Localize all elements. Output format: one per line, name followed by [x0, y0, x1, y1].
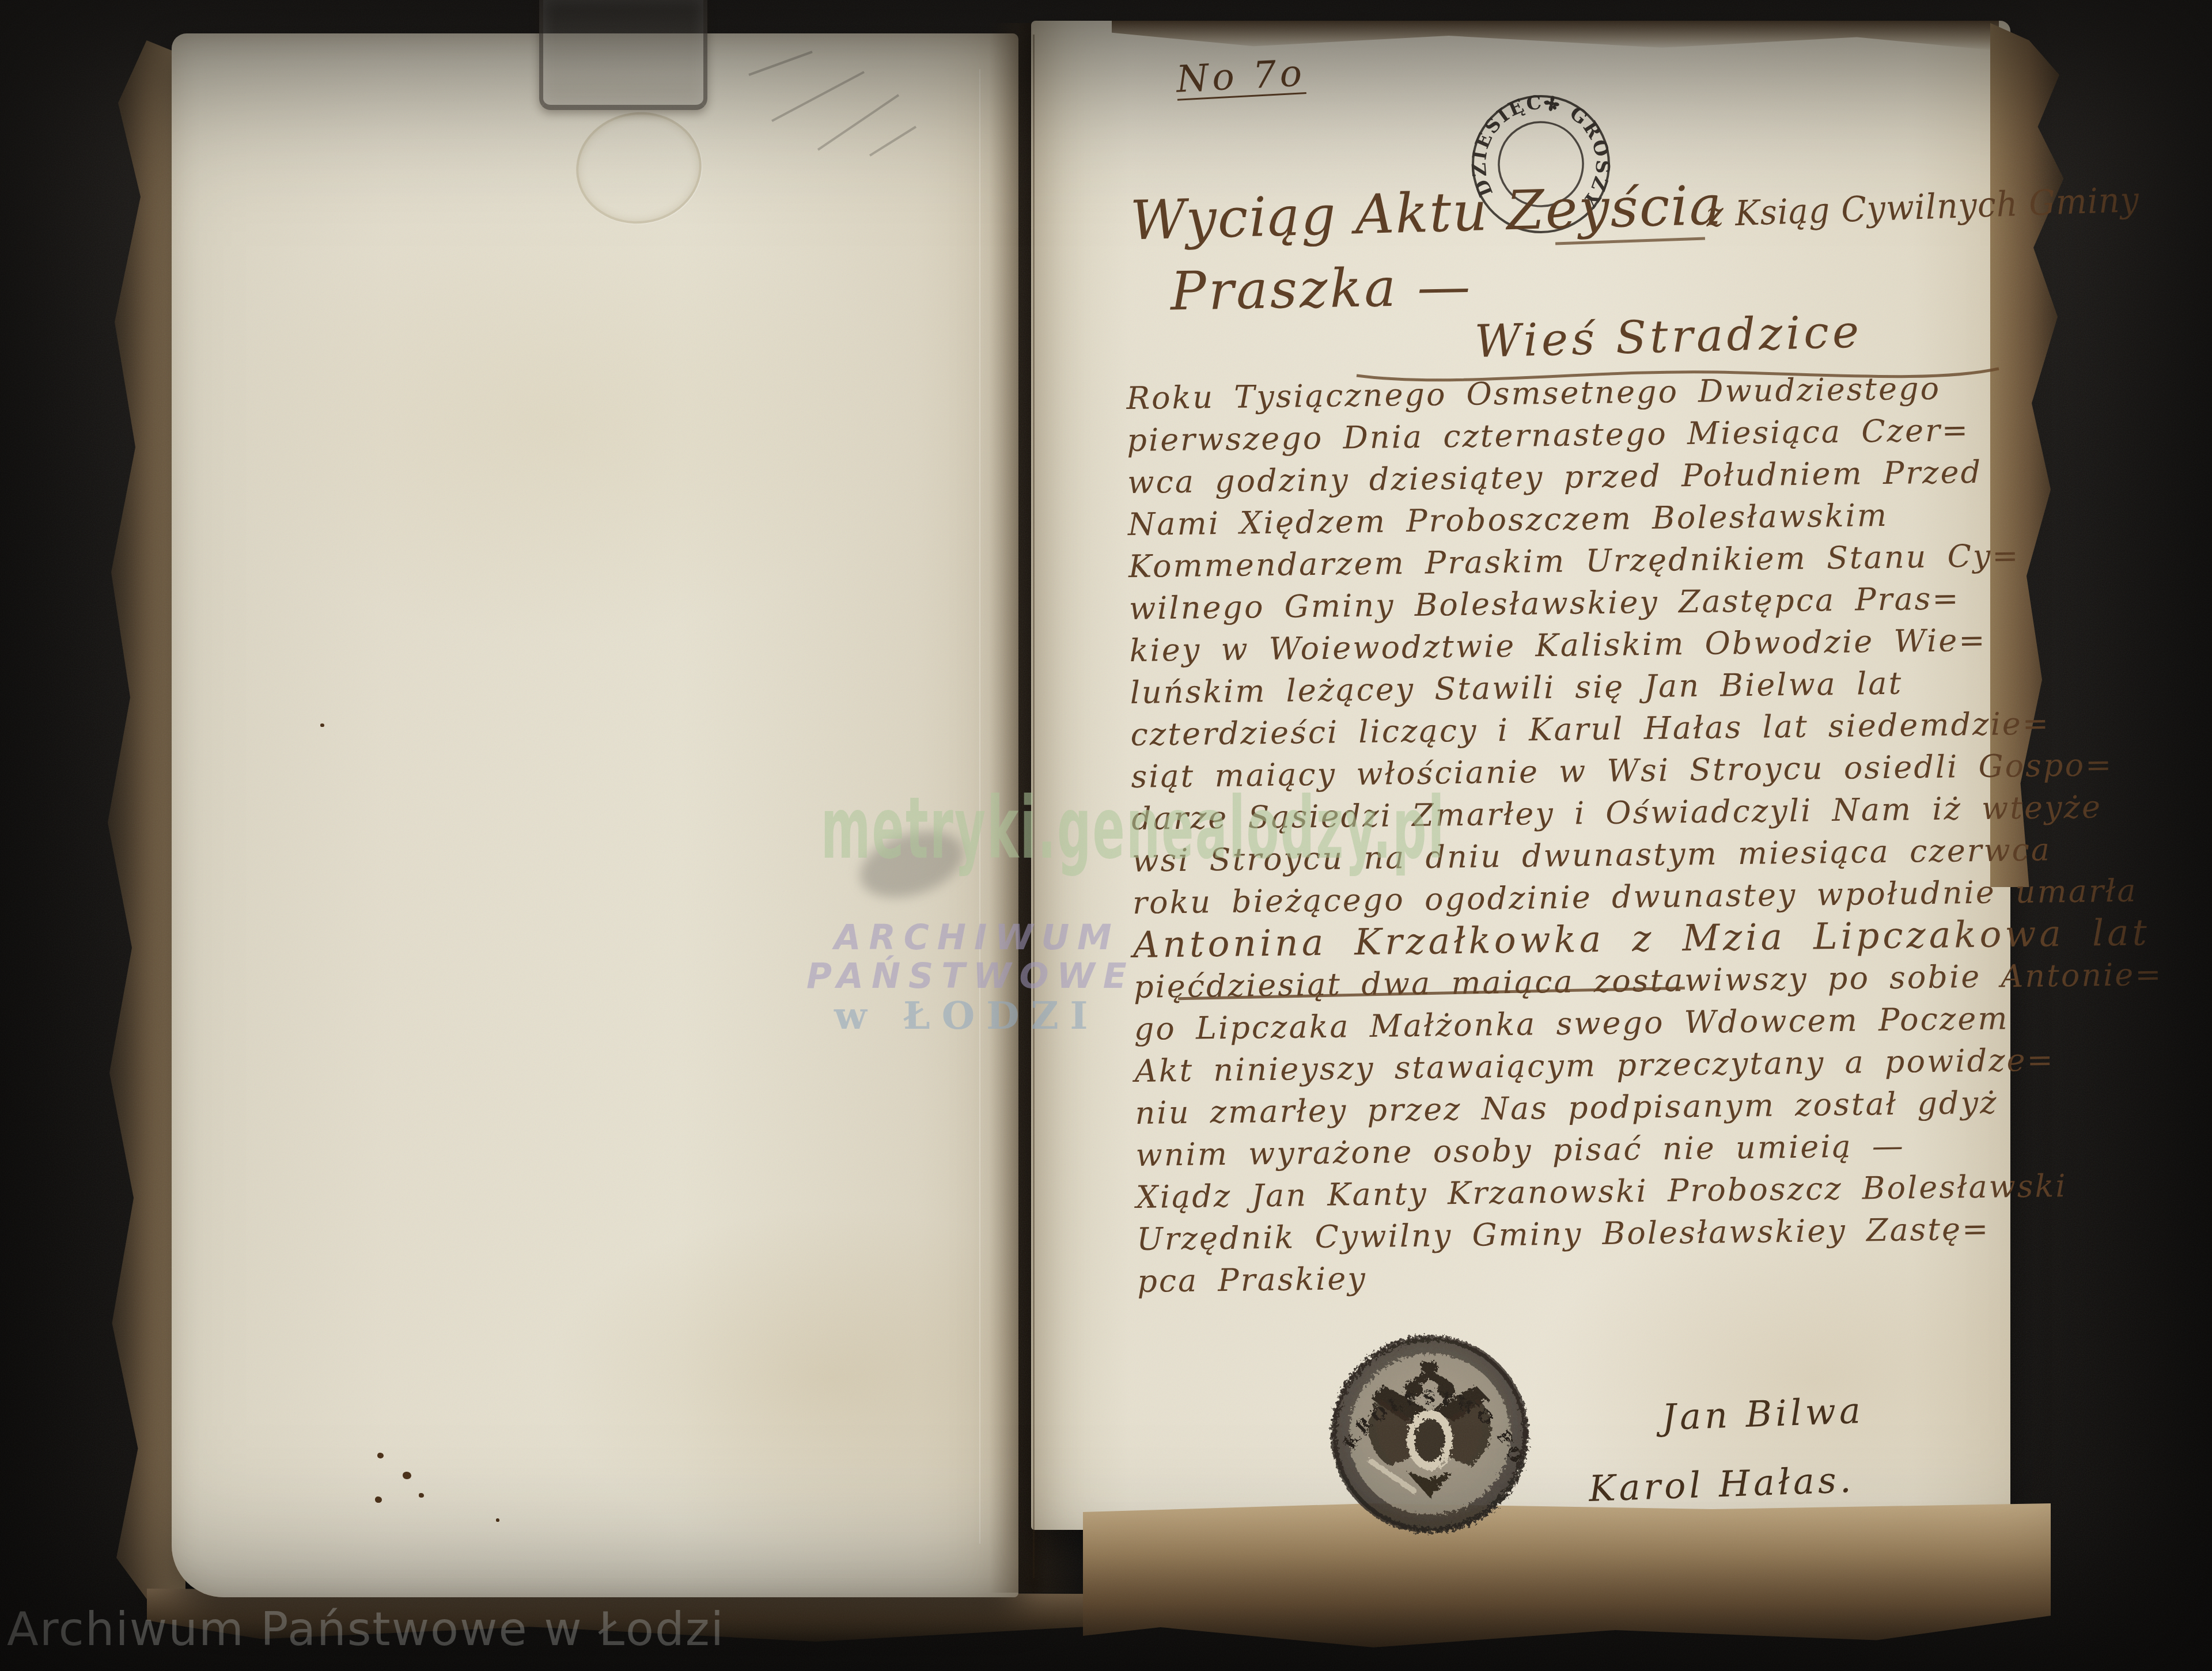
- bottom-archive-caption: Archiwum Państwowe w Łodzi: [7, 1602, 725, 1656]
- archive-watermark-line2: PAŃSTWOWE: [806, 956, 1135, 996]
- pencil-scribbles: [726, 40, 968, 190]
- document-title-part3: Praszka —: [1170, 255, 1473, 322]
- ink-speck: [377, 1453, 384, 1458]
- genealogy-site-watermark: metryki.genealodzy.pl: [821, 779, 1445, 878]
- ink-speck: [496, 1518, 499, 1522]
- bottom-right-page-edge-stack: [1083, 1503, 2051, 1647]
- signature-jan-bilwa: Jan Bilwa: [1661, 1389, 1865, 1438]
- archive-watermark-line3: w ŁODZI: [834, 993, 1099, 1038]
- ink-speck: [419, 1493, 424, 1498]
- photo-scene: No 7o DZIESIĘC GROSZY Wyciąg Aktu Zeyści…: [0, 0, 2212, 1671]
- ink-speck: [320, 723, 324, 727]
- act-number: No 7o: [1175, 52, 1306, 101]
- transparent-page-clip: [539, 0, 707, 110]
- ink-speck: [403, 1472, 411, 1479]
- kingdom-of-poland-seal: KRÓLESTWO POLSKIE: [1315, 1325, 1545, 1555]
- archive-watermark-line1: ARCHIWUM: [834, 918, 1120, 958]
- ink-speck: [375, 1496, 382, 1503]
